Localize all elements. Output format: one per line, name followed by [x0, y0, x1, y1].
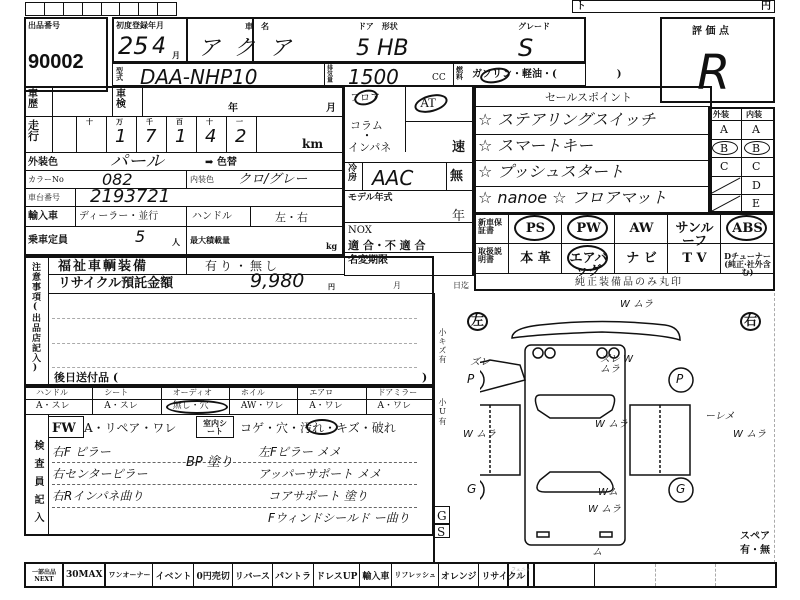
- inspection-month: 月: [326, 104, 336, 114]
- nox-label: NOX: [348, 226, 372, 236]
- inspector-right-2: アッパーサポート メメ: [258, 468, 381, 480]
- mileage-place: 一: [236, 118, 243, 125]
- room-seat-label: 室内シート: [200, 419, 230, 435]
- annotation-left-side: W ムラ: [463, 430, 496, 440]
- parts-value: A・ワレ: [309, 402, 343, 411]
- first-reg-label: 初度登録年月: [116, 21, 164, 29]
- model-code-value: DAA-NHP10: [140, 67, 258, 87]
- mileage-place: 千: [146, 118, 153, 125]
- bottom-right-tag: フェニックス: [509, 564, 535, 586]
- grade-exterior: A: [720, 124, 728, 135]
- mileage-place: 十: [206, 118, 213, 125]
- inspection-label: 車検: [116, 90, 128, 110]
- exterior-color-label: 外装色: [28, 158, 58, 168]
- later-items-label: 後日送付品 (: [54, 372, 118, 383]
- mileage-digit: 4: [205, 128, 216, 146]
- equipment-item: ナ ビ: [618, 252, 665, 265]
- annotation-hood: ズレ W ムラ: [600, 355, 640, 375]
- parts-header: ホイル: [241, 389, 265, 397]
- equipment-footer: 純正装備品のみ丸印: [575, 278, 683, 288]
- inspector-line-3: 右Rインパネ曲り: [52, 490, 144, 502]
- color-no-label: カラーNo: [28, 176, 64, 184]
- equipment-row2-label: 取扱説明書: [478, 247, 508, 263]
- lot-number: 90002: [28, 51, 84, 74]
- grade-exterior-label: 外装: [713, 110, 729, 118]
- import-label: 輸入車: [28, 212, 58, 222]
- bottom-tag: ワンオーナー: [106, 564, 153, 586]
- mileage-place: 万: [116, 118, 123, 125]
- price-row: ト 円: [572, 0, 775, 13]
- sales-point-item: ☆ プッシュスタート: [478, 164, 624, 180]
- annotation-rear: W ムラ: [588, 505, 621, 515]
- bottom-tag: 一部出品NEXT: [26, 564, 64, 586]
- car-name-label: 車 名: [245, 22, 269, 30]
- parts-value: A・スレ: [104, 402, 138, 411]
- parts-value: A・スレ: [36, 402, 70, 411]
- tire-left-rear: G: [467, 483, 476, 495]
- interior-color-label: 内装色: [190, 176, 214, 184]
- ac-value: AAC: [372, 168, 413, 188]
- spare-options: 有・無: [740, 546, 770, 556]
- price-suffix: 円: [761, 2, 771, 12]
- exterior-color-value: パール: [110, 153, 164, 171]
- bottom-tag: イベント: [153, 564, 194, 586]
- mileage-unit: km: [302, 138, 323, 150]
- sales-points-label: セールスポイント: [545, 92, 632, 103]
- grade-interior: E: [752, 198, 760, 209]
- max-load-unit: kg: [326, 242, 337, 250]
- grade-exterior: C: [720, 161, 728, 172]
- tire-right-front: P: [676, 373, 683, 385]
- shift-instpanel: インパネ: [348, 142, 391, 153]
- door-shape-label: ドア 形状: [358, 22, 398, 30]
- mileage-place: 十: [86, 118, 93, 125]
- inspection-year: 年: [228, 104, 238, 114]
- notes-label: 注意事項(出品店記入): [29, 262, 42, 374]
- bottom-tags: 一部出品NEXT30MAXワンオーナーイベント0円売切リバースパントラドレスUP…: [24, 562, 529, 588]
- welfare-label: 福祉車輌装備: [58, 260, 148, 273]
- bottom-tag: パントラ: [273, 564, 314, 586]
- model-code-label: 型式: [116, 67, 124, 81]
- capacity-unit: 人: [172, 238, 180, 246]
- annotation-right-upper: ーレメ: [705, 412, 735, 422]
- equipment-circle: [514, 215, 555, 241]
- recycle-value: 9,980: [250, 272, 304, 291]
- inspector-label: 検査員記入: [30, 440, 45, 530]
- bottom-tag: リバース: [233, 564, 273, 586]
- legend-small-dent: 小U有: [437, 398, 448, 426]
- parts-header: エアロ: [309, 389, 333, 397]
- door-shape-value: 5 HB: [356, 38, 409, 60]
- displacement-label: 排気量: [327, 66, 334, 84]
- interior-color-value: クロ/グレー: [238, 173, 307, 186]
- grade-interior: D: [752, 180, 761, 191]
- first-reg-month: 4: [152, 36, 166, 58]
- bottom-tag: リフレッシュ: [392, 564, 439, 586]
- max-load-label: 最大積載量: [190, 236, 230, 244]
- price-prefix: ト: [576, 2, 586, 12]
- car-name-value: アクア: [198, 38, 305, 60]
- first-reg-year: 25: [118, 34, 149, 58]
- inspector-bracket-note: BP 塗り: [186, 456, 233, 469]
- annotation-center: W ムラ: [595, 420, 628, 430]
- fuel-label: 燃料: [456, 66, 464, 80]
- sales-point-item: ☆ nanoe ☆ フロアマット: [478, 190, 667, 206]
- mileage-digit: 7: [145, 128, 156, 146]
- model-year-label: モデル年式: [348, 194, 393, 203]
- bottom-tag: ドレスUP: [314, 564, 360, 586]
- later-items-close: ): [422, 372, 427, 383]
- legend-small-scratch: 小キズ有: [437, 328, 448, 364]
- displacement-value: 1500: [348, 67, 399, 87]
- annotation-bottom: ム: [592, 548, 602, 558]
- grade-interior-label: 内装: [746, 110, 762, 118]
- import-options: ディーラー・並行: [79, 212, 158, 222]
- lot-box: 出品番号 90002: [24, 17, 108, 92]
- score-label: 評 価 点: [692, 27, 729, 37]
- grade-interior: A: [752, 124, 760, 135]
- tire-left-front: P: [467, 373, 474, 385]
- parts-value: A・ワレ: [378, 402, 412, 411]
- tire-right-rear: G: [676, 483, 685, 495]
- grade-label: グレード: [518, 22, 550, 30]
- inspector-line-1: 右F ピラー: [52, 446, 111, 458]
- sales-point-item: ☆ スマートキー: [478, 138, 593, 154]
- recycle-unit: 円: [328, 283, 335, 290]
- parts-header: ドアミラー: [378, 389, 418, 397]
- inspector-line-2: 右センターピラー: [52, 468, 148, 480]
- inspector-right-1: 左Fピラー メメ: [258, 446, 341, 458]
- fw-options: A・リペア・ワレ: [84, 422, 176, 434]
- bottom-tag: 輸入車: [360, 564, 392, 586]
- left-table: [24, 86, 344, 256]
- equipment-circle: [726, 215, 767, 241]
- annotation-right-side: W ムラ: [733, 430, 766, 440]
- parts-header: シート: [104, 389, 128, 397]
- capacity-value: 5: [135, 229, 145, 245]
- fw-label: FW: [52, 422, 76, 435]
- chassis-no-value: 2193721: [90, 188, 170, 206]
- annotation-roof: W ムラ: [620, 300, 653, 310]
- bottom-tag: 0円売切: [194, 564, 232, 586]
- recycle-label: リサイクル預託金額: [58, 277, 173, 290]
- top-boxes: [25, 2, 177, 16]
- dirt-circle: [306, 419, 338, 435]
- speed-unit: 速: [452, 141, 465, 154]
- grade-value: S: [518, 36, 533, 60]
- handle-options: 左・右: [275, 212, 308, 223]
- displacement-unit: CC: [432, 74, 446, 83]
- first-reg-month-unit: 月: [172, 51, 180, 59]
- annotation-left-front: ズレ: [470, 358, 490, 368]
- bottom-right-box: フェニックス: [507, 562, 777, 588]
- grade-interior: C: [752, 161, 760, 172]
- mileage-digit: 1: [175, 128, 186, 146]
- bottom-tag: オレンジ: [439, 564, 480, 586]
- exterior-color-change: ➡ 色替: [205, 158, 237, 168]
- equipment-item: Dチューナー(純正·社外含む): [724, 252, 771, 276]
- parts-value: AW・ワレ: [241, 402, 283, 411]
- equipment-row1-label: 新車保証書: [478, 218, 508, 234]
- equipment-item: サンルーフ: [671, 222, 718, 248]
- inspector-right-3: コアサポート 塗り: [268, 490, 368, 502]
- chassis-no-label: 車台番号: [28, 194, 60, 202]
- equipment-item: 本 革: [512, 252, 559, 265]
- audio-circle: [166, 400, 228, 414]
- name-change-day: 日迄: [453, 282, 469, 290]
- parts-header: ハンドル: [36, 389, 68, 397]
- lot-label: 出品番号: [28, 21, 60, 29]
- equipment-circle: [567, 215, 608, 241]
- handle-label: ハンドル: [192, 212, 232, 222]
- ac-none: 無: [450, 170, 463, 183]
- capacity-label: 乗車定員: [28, 236, 68, 246]
- shift-column: コラム: [350, 120, 383, 131]
- annotation-trunk: Wム: [598, 488, 618, 498]
- spare-label: スペア: [740, 532, 770, 542]
- mileage-place: 百: [176, 118, 183, 125]
- mileage-digit: 1: [115, 128, 126, 146]
- mileage-label: 走行: [28, 120, 40, 142]
- ac-label: 冷房: [348, 165, 358, 183]
- nox-options: 適 合・不 適 合: [348, 240, 426, 251]
- sales-point-item: ☆ ステアリングスイッチ: [478, 112, 655, 128]
- parts-header: オーディオ: [173, 389, 212, 397]
- inspector-right-4: Fウィンドシールド ー曲り: [268, 512, 410, 524]
- bottom-tag: 30MAX: [64, 564, 106, 586]
- equipment-item: T V: [671, 252, 718, 265]
- history-label: 車歴: [28, 90, 40, 110]
- mileage-digit: 2: [235, 128, 246, 146]
- equipment-item: AW: [618, 222, 665, 235]
- equipment-circle: [567, 245, 608, 271]
